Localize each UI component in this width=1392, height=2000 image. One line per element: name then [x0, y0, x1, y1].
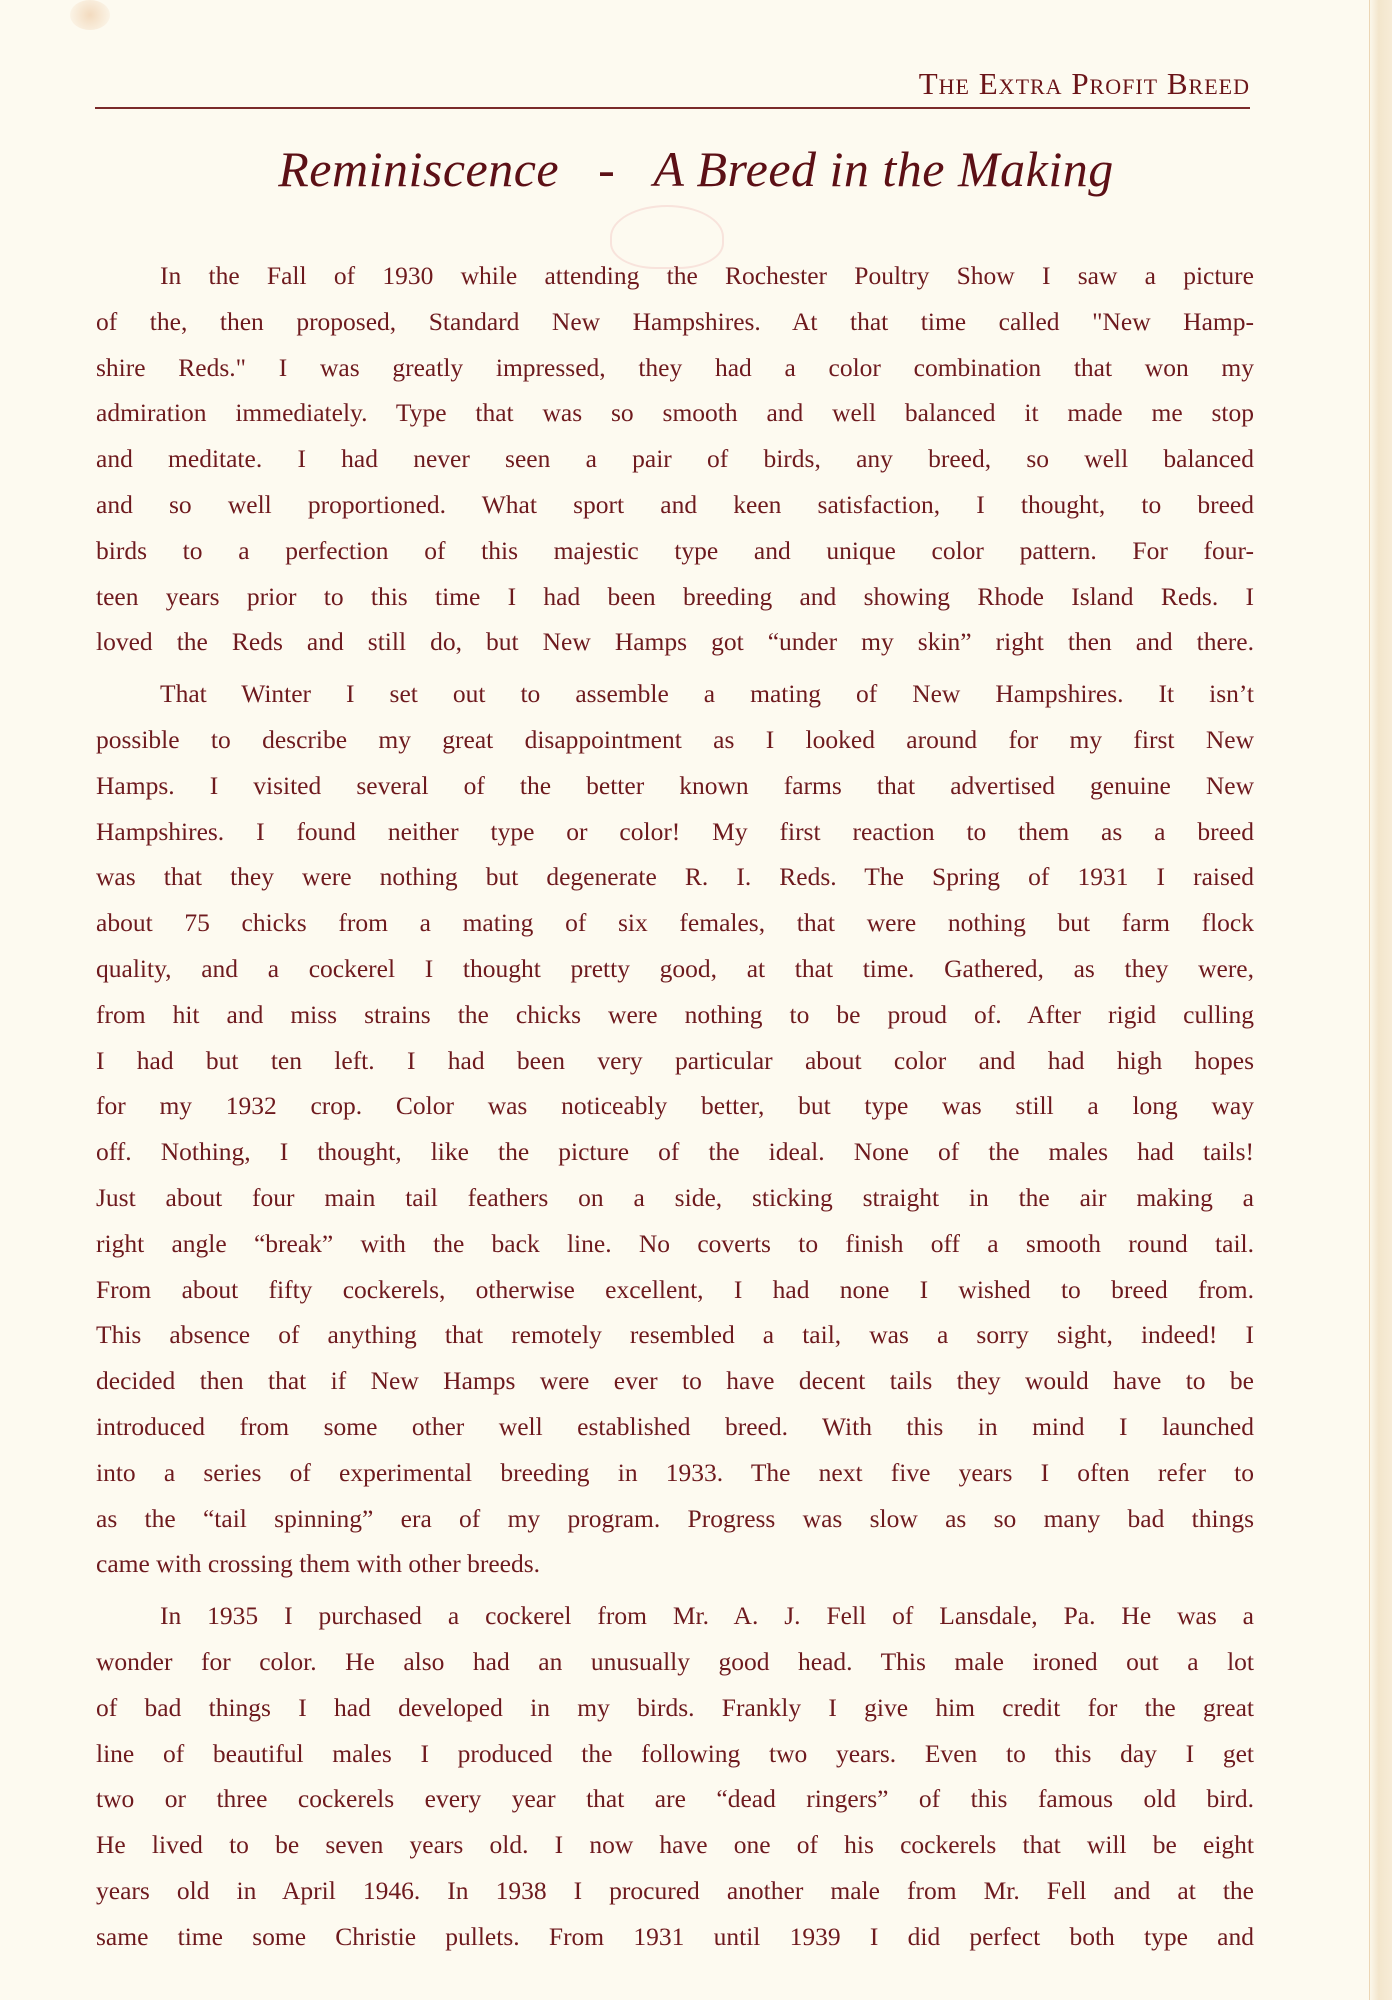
text-line: admiration immediately. Type that was so…	[96, 390, 1254, 436]
text-line: and meditate. I had never seen a pair of…	[96, 436, 1254, 482]
text-line: teen years prior to this time I had been…	[96, 574, 1254, 620]
paper-stain	[70, 0, 110, 30]
paragraph-3: In 1935 I purchased a cockerel from Mr. …	[96, 1593, 1254, 1959]
text-line: He lived to be seven years old. I now ha…	[96, 1822, 1254, 1868]
text-line: and so well proportioned. What sport and…	[96, 482, 1254, 528]
text-line: loved the Reds and still do, but New Ham…	[96, 619, 1254, 665]
text-line: off. Nothing, I thought, like the pictur…	[96, 1129, 1254, 1175]
text-line: was that they were nothing but degenerat…	[96, 854, 1254, 900]
text-line: birds to a perfection of this majestic t…	[96, 528, 1254, 574]
text-line: as the “tail spinning” era of my program…	[96, 1496, 1254, 1542]
text-line: possible to describe my great disappoint…	[96, 717, 1254, 763]
text-line: That Winter I set out to assemble a mati…	[96, 671, 1254, 717]
text-line: In the Fall of 1930 while attending the …	[96, 253, 1254, 299]
text-line: decided then that if New Hamps were ever…	[96, 1358, 1254, 1404]
text-line: In 1935 I purchased a cockerel from Mr. …	[96, 1593, 1254, 1639]
text-line: wonder for color. He also had an unusual…	[96, 1639, 1254, 1685]
text-line: shire Reds." I was greatly impressed, th…	[96, 345, 1254, 391]
text-line: From about fifty cockerels, otherwise ex…	[96, 1267, 1254, 1313]
text-line: about 75 chicks from a mating of six fem…	[96, 900, 1254, 946]
text-line: of bad things I had developed in my bird…	[96, 1685, 1254, 1731]
text-line: for my 1932 crop. Color was noticeably b…	[96, 1083, 1254, 1129]
text-line: Hamps. I visited several of the better k…	[96, 763, 1254, 809]
text-line: two or three cockerels every year that a…	[96, 1776, 1254, 1822]
page-edge	[1369, 0, 1392, 2000]
text-line: I had but ten left. I had been very part…	[96, 1038, 1254, 1084]
text-line: came with crossing them with other breed…	[96, 1541, 1254, 1587]
text-line: from hit and miss strains the chicks wer…	[96, 992, 1254, 1038]
text-line: into a series of experimental breeding i…	[96, 1450, 1254, 1496]
text-line: Just about four main tail feathers on a …	[96, 1175, 1254, 1221]
text-line: of the, then proposed, Standard New Hamp…	[96, 299, 1254, 345]
text-line: years old in April 1946. In 1938 I procu…	[96, 1868, 1254, 1914]
text-line: same time some Christie pullets. From 19…	[96, 1914, 1254, 1960]
text-line: line of beautiful males I produced the f…	[96, 1731, 1254, 1777]
text-line: introduced from some other well establis…	[96, 1404, 1254, 1450]
text-line: Hampshires. I found neither type or colo…	[96, 809, 1254, 855]
paragraph-1: In the Fall of 1930 while attending the …	[96, 253, 1254, 665]
text-line: right angle “break” with the back line. …	[96, 1221, 1254, 1267]
page-title: Reminiscence - A Breed in the Making	[0, 140, 1392, 198]
article-body: In the Fall of 1930 while attending the …	[96, 253, 1254, 1965]
paragraph-2: That Winter I set out to assemble a mati…	[96, 671, 1254, 1587]
text-line: This absence of anything that remotely r…	[96, 1312, 1254, 1358]
header-rule	[95, 107, 1250, 109]
running-header: The Extra Profit Breed	[919, 66, 1250, 102]
text-line: quality, and a cockerel I thought pretty…	[96, 946, 1254, 992]
